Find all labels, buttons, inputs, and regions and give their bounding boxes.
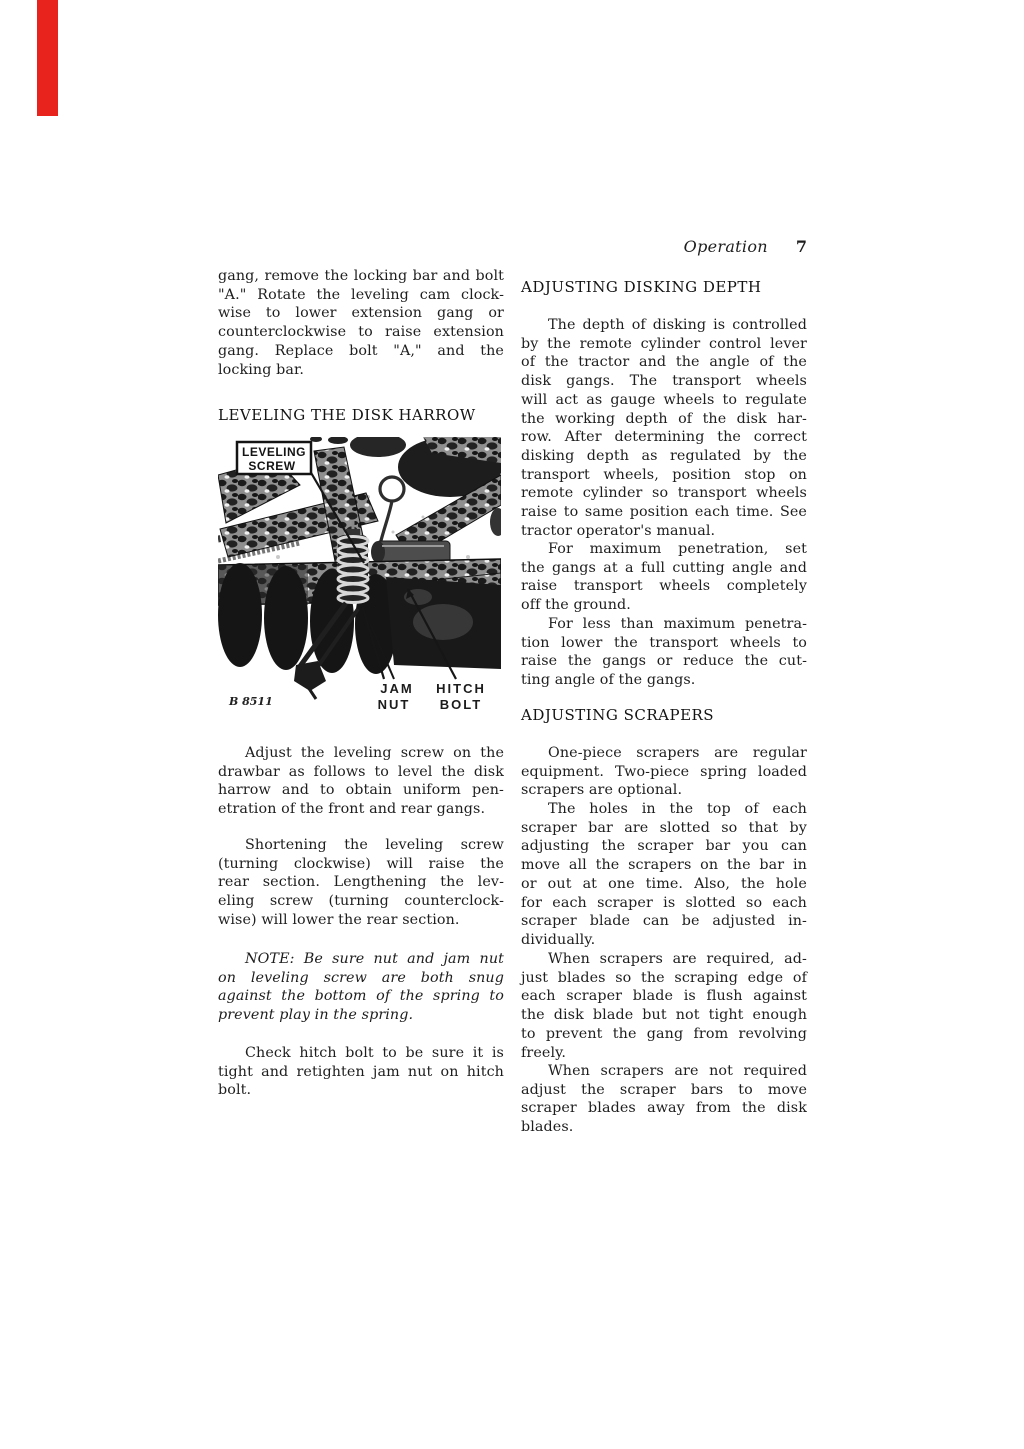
- paragraph-less-penetration: For less than maximum penetra-tion lower…: [521, 615, 807, 690]
- manual-page: Operation7 gang, remove the locking bar …: [0, 0, 1024, 1449]
- text-line: the gangs at a full cutting angle and: [521, 559, 807, 578]
- text-line: Adjust the leveling screw on the: [218, 744, 504, 763]
- jam-nut-label-line2: NUT: [378, 697, 411, 712]
- text-line: The holes in the top of each: [521, 800, 807, 819]
- heading-adjusting-scrapers: ADJUSTING SCRAPERS: [521, 706, 807, 724]
- text-line: disk gangs. The transport wheels: [521, 372, 807, 391]
- text-line: will act as gauge wheels to regulate: [521, 391, 807, 410]
- heading-leveling-disk-harrow: LEVELING THE DISK HARROW: [218, 406, 504, 424]
- text-line: rear section. Lengthening the lev-: [218, 873, 504, 892]
- text-line: disking depth as regulated by the: [521, 447, 807, 466]
- photo-id-label: B 8511: [228, 695, 273, 708]
- text-line: equipment. Two-piece spring loaded: [521, 763, 807, 782]
- text-line: adjusting the scraper bar you can: [521, 837, 807, 856]
- text-line: wise) will lower the rear section.: [218, 911, 504, 930]
- text-line: locking bar.: [218, 361, 504, 380]
- paragraph-scrapers-not-required: When scrapers are not requiredadjust the…: [521, 1062, 807, 1137]
- text-line: by the remote cylinder control lever: [521, 335, 807, 354]
- text-line: harrow and to obtain uniform pen-: [218, 781, 504, 800]
- text-line: raise the gangs or reduce the cut-: [521, 652, 807, 671]
- text-line: For maximum penetration, set: [521, 540, 807, 559]
- text-line: bolt.: [218, 1081, 504, 1100]
- paragraph-shortening-screw: Shortening the leveling screw(turning cl…: [218, 836, 504, 930]
- text-line: scraper blades away from the disk: [521, 1099, 807, 1118]
- text-line: off the ground.: [521, 596, 807, 615]
- leveling-screw-label-line1: LEVELING: [242, 445, 306, 459]
- text-line: against the bottom of the spring to: [218, 987, 504, 1006]
- text-line: Check hitch bolt to be sure it is: [218, 1044, 504, 1063]
- text-line: When scrapers are required, ad-: [521, 950, 807, 969]
- text-line: Shortening the leveling screw: [218, 836, 504, 855]
- paragraph-note-jam-nut: NOTE: Be sure nut and jam nuton leveling…: [218, 950, 504, 1025]
- text-line: counterclockwise to raise extension: [218, 323, 504, 342]
- text-line: For less than maximum penetra-: [521, 615, 807, 634]
- text-line: row. After determining the correct: [521, 428, 807, 447]
- text-line: eling screw (turning counterclock-: [218, 892, 504, 911]
- paragraph-disking-depth: The depth of disking is controlledby the…: [521, 316, 807, 540]
- text-line: scrapers are optional.: [521, 781, 807, 800]
- paragraph-scrapers-equipment: One-piece scrapers are regularequipment.…: [521, 744, 807, 800]
- text-line: (turning clockwise) will raise the: [218, 855, 504, 874]
- text-line: each scraper blade is flush against: [521, 987, 807, 1006]
- section-title: Operation: [684, 237, 768, 256]
- text-line: The depth of disking is controlled: [521, 316, 807, 335]
- paragraph-check-hitch-bolt: Check hitch bolt to be sure it istight a…: [218, 1044, 504, 1100]
- jam-nut-label-line1: JAM: [380, 681, 413, 696]
- text-line: When scrapers are not required: [521, 1062, 807, 1081]
- text-line: One-piece scrapers are regular: [521, 744, 807, 763]
- text-line: remote cylinder so transport wheels: [521, 484, 807, 503]
- heading-adjusting-disking-depth: ADJUSTING DISKING DEPTH: [521, 278, 807, 296]
- paragraph-adjust-leveling-screw: Adjust the leveling screw on thedrawbar …: [218, 744, 504, 819]
- red-margin-marker: [37, 0, 58, 116]
- leveling-screw-label-line2: SCREW: [248, 459, 295, 473]
- text-line: wise to lower extension gang or: [218, 304, 504, 323]
- text-line: prevent play in the spring.: [218, 1006, 504, 1025]
- hitch-bolt-label-line1: HITCH: [436, 681, 486, 696]
- text-line: tight and retighten jam nut on hitch: [218, 1063, 504, 1082]
- text-line: gang, remove the locking bar and bolt: [218, 267, 504, 286]
- text-line: raise to same position each time. See: [521, 503, 807, 522]
- text-line: of the tractor and the angle of the: [521, 353, 807, 372]
- page-number: 7: [796, 237, 807, 256]
- hitch-bolt-label-line2: BOLT: [440, 697, 482, 712]
- text-line: raise transport wheels completely: [521, 577, 807, 596]
- text-line: drawbar as follows to level the disk: [218, 763, 504, 782]
- paragraph-extension-gang: gang, remove the locking bar and bolt"A.…: [218, 267, 504, 379]
- text-line: just blades so the scraping edge of: [521, 969, 807, 988]
- text-line: scraper blade can be adjusted in-: [521, 912, 807, 931]
- text-line: scraper bar are slotted so that by: [521, 819, 807, 838]
- text-line: or out at one time. Also, the hole: [521, 875, 807, 894]
- text-line: tractor operator's manual.: [521, 522, 807, 541]
- figure-disk-harrow-photo: LEVELING SCREW JAM NUT HITCH BOLT B 8511: [218, 437, 501, 715]
- text-line: blades.: [521, 1118, 807, 1137]
- text-line: on leveling screw are both snug: [218, 969, 504, 988]
- text-line: NOTE: Be sure nut and jam nut: [218, 950, 504, 969]
- paragraph-scraper-bar-holes: The holes in the top of eachscraper bar …: [521, 800, 807, 950]
- text-line: gang. Replace bolt "A," and the: [218, 342, 504, 361]
- paragraph-scrapers-required: When scrapers are required, ad-just blad…: [521, 950, 807, 1062]
- text-line: tion lower the transport wheels to: [521, 634, 807, 653]
- text-line: to prevent the gang from revolving: [521, 1025, 807, 1044]
- text-line: adjust the scraper bars to move: [521, 1081, 807, 1100]
- text-line: for each scraper is slotted so each: [521, 894, 807, 913]
- text-line: etration of the front and rear gangs.: [218, 800, 504, 819]
- text-line: the working depth of the disk har-: [521, 410, 807, 429]
- text-line: the disk blade but not tight enough: [521, 1006, 807, 1025]
- page-header: Operation7: [521, 237, 807, 256]
- text-line: dividually.: [521, 931, 807, 950]
- text-line: transport wheels, position stop on: [521, 466, 807, 485]
- disk-harrow-illustration: LEVELING SCREW JAM NUT HITCH BOLT B 8511: [218, 437, 501, 715]
- text-line: ting angle of the gangs.: [521, 671, 807, 690]
- paragraph-maximum-penetration: For maximum penetration, setthe gangs at…: [521, 540, 807, 615]
- text-line: "A." Rotate the leveling cam clock-: [218, 286, 504, 305]
- text-line: freely.: [521, 1044, 807, 1063]
- text-line: move all the scrapers on the bar in: [521, 856, 807, 875]
